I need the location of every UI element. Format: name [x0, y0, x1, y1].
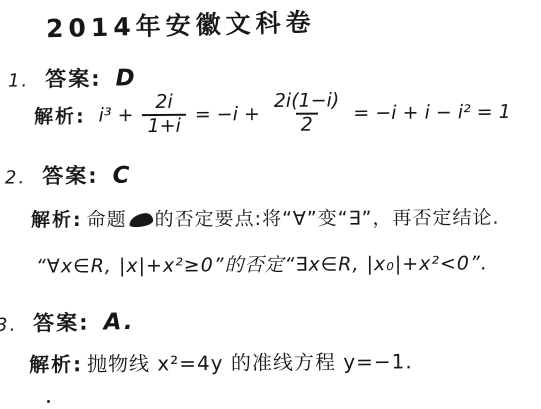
problem-2-negation-statement: “∀x∈R, |x|+x²≥0”的否定“∃x∈R, |x₀|+x²<0”. [36, 252, 488, 277]
problem-2-solution-label: 解析: [31, 209, 83, 231]
problem-1-answer-line: 1.答案:D [8, 62, 137, 93]
problem-1-solution-label: 解析: [34, 102, 86, 129]
problem-2-answer-label: 答案: [42, 164, 99, 188]
problem-2-solution-text-pre: 命题 [87, 209, 127, 231]
fraction-1-numerator: 2i [150, 93, 178, 114]
problem-1-answer-label: 答案: [45, 67, 102, 92]
equation-fraction-1: 2i 1+i [142, 93, 186, 137]
problem-2-answer-value: C [113, 163, 132, 189]
equation-tail: = −i + i − i² = 1 [353, 101, 511, 124]
ink-speck [47, 400, 50, 403]
problem-2-solution-line-2: “∀x∈R, |x|+x²≥0”的否定“∃x∈R, |x₀|+x²<0”. [36, 248, 488, 278]
fraction-1-denominator: 1+i [142, 114, 185, 137]
problem-3-solution-line: 解析:抛物线 x²=4y 的准线方程 y=−1. [29, 345, 413, 377]
problem-3-answer-label: 答案: [33, 311, 90, 336]
problem-1-answer-value: D [115, 65, 136, 91]
problem-2-answer-line: 2.答案:C [5, 160, 132, 191]
problem-3-solution-label: 解析: [29, 352, 83, 376]
page-title: 2014年安徽文科卷 [46, 3, 316, 46]
problem-2-solution-text-post: 的否定要点:将“∀”变“∃”，再否定结论. [155, 207, 500, 231]
ink-blob-icon [128, 212, 153, 228]
fraction-2-denominator: 2 [296, 113, 318, 136]
problem-2-solution-line-1: 解析:命题的否定要点:将“∀”变“∃”，再否定结论. [31, 203, 500, 232]
problem-3-solution-text: 抛物线 x²=4y 的准线方程 y=−1. [87, 349, 413, 376]
problem-3-answer-value: A. [103, 309, 134, 335]
handwritten-notes-page: 2014年安徽文科卷 1.答案:D 解析: i³ + 2i 1+i = −i +… [0, 0, 541, 409]
problem-3-number: 3. [0, 315, 17, 336]
equation-middle: = −i + [195, 103, 260, 126]
problem-1-solution-line: 解析: i³ + 2i 1+i = −i + 2i(1−i) 2 = −i + … [34, 90, 511, 138]
problem-3-answer-line: 3.答案:A. [0, 306, 135, 338]
equation-fraction-2: 2i(1−i) 2 [269, 91, 345, 136]
problem-1-number: 1. [8, 70, 29, 91]
equation-term-1: i³ + [99, 104, 134, 126]
fraction-2-numerator: 2i(1−i) [269, 91, 345, 113]
problem-2-number: 2. [5, 167, 26, 188]
